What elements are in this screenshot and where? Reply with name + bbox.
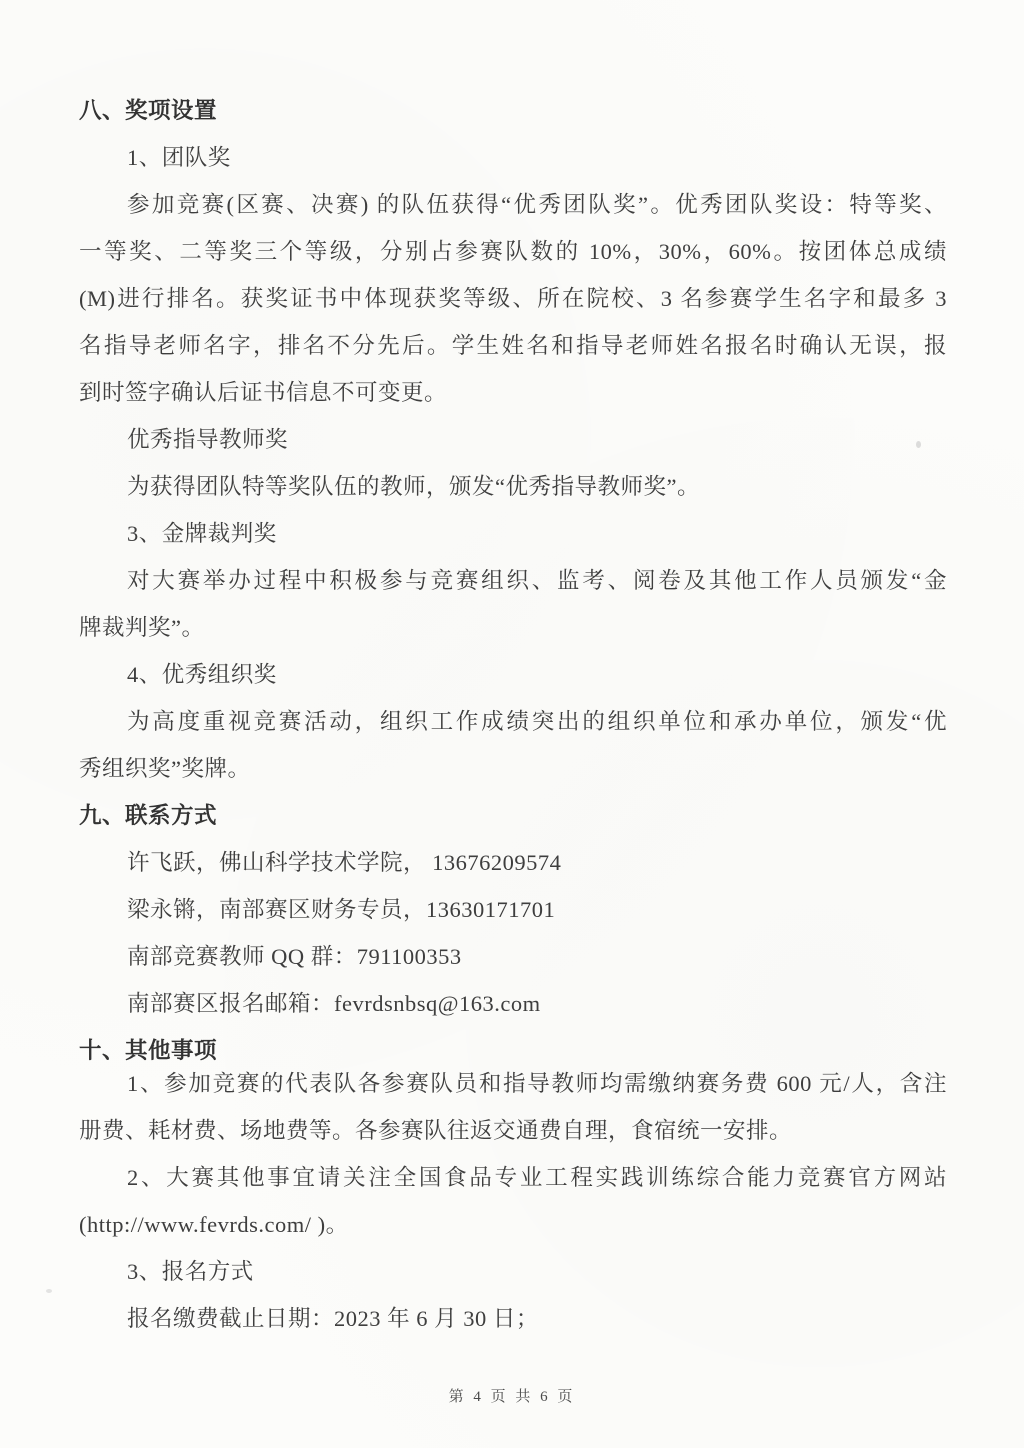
text-line: 4、优秀组织奖 <box>79 651 947 698</box>
document-page: 八、奖项设置1、团队奖参加竞赛(区赛、决赛) 的队伍获得“优秀团队奖”。优秀团队… <box>0 0 1024 1448</box>
section-heading: 九、联系方式 <box>79 792 947 839</box>
text-line: 名指导老师名字，排名不分先后。学生姓名和指导老师姓名报名时确认无误，报 <box>79 322 947 369</box>
scan-speck <box>46 1289 52 1293</box>
text-line: 3、报名方式 <box>79 1248 947 1295</box>
text-line: 参加竞赛(区赛、决赛) 的队伍获得“优秀团队奖”。优秀团队奖设：特等奖、 <box>79 181 947 228</box>
scan-speck <box>916 441 921 448</box>
text-line: 到时签字确认后证书信息不可变更。 <box>79 369 947 416</box>
text-line: 秀组织奖”奖牌。 <box>79 745 947 792</box>
text-line: 为获得团队特等奖队伍的教师，颁发“优秀指导教师奖”。 <box>79 463 947 510</box>
text-line: 为高度重视竞赛活动，组织工作成绩突出的组织单位和承办单位，颁发“优 <box>79 698 947 745</box>
text-line: 2、大赛其他事宜请关注全国食品专业工程实践训练综合能力竞赛官方网站 <box>79 1154 947 1201</box>
text-line: 册费、耗材费、场地费等。各参赛队往返交通费自理，食宿统一安排。 <box>79 1107 947 1154</box>
page-footer: 第 4 页 共 6 页 <box>0 1384 1024 1410</box>
text-line: 3、金牌裁判奖 <box>79 510 947 557</box>
text-line: (http://www.fevrds.com/ )。 <box>79 1201 947 1248</box>
text-line: (M)进行排名。获奖证书中体现获奖等级、所在院校、3 名参赛学生名字和最多 3 <box>79 275 947 322</box>
text-line: 报名缴费截止日期：2023 年 6 月 30 日； <box>79 1295 947 1342</box>
page-number: 第 4 页 共 6 页 <box>449 1389 576 1405</box>
text-line: 优秀指导教师奖 <box>79 416 947 463</box>
text-line: 南部赛区报名邮箱：fevrdsnbsq@163.com <box>79 980 947 1027</box>
document-body: 八、奖项设置1、团队奖参加竞赛(区赛、决赛) 的队伍获得“优秀团队奖”。优秀团队… <box>79 87 947 1342</box>
section-heading: 八、奖项设置 <box>79 87 947 134</box>
text-line: 梁永锵，南部赛区财务专员，13630171701 <box>79 886 947 933</box>
text-line: 1、团队奖 <box>79 134 947 181</box>
text-line: 一等奖、二等奖三个等级，分别占参赛队数的 10%，30%，60%。按团体总成绩 <box>79 228 947 275</box>
text-line: 对大赛举办过程中积极参与竞赛组织、监考、阅卷及其他工作人员颁发“金 <box>79 557 947 604</box>
text-line: 南部竞赛教师 QQ 群：791100353 <box>79 933 947 980</box>
text-line: 牌裁判奖”。 <box>79 604 947 651</box>
text-line: 1、参加竞赛的代表队各参赛队员和指导教师均需缴纳赛务费 600 元/人，含注 <box>79 1060 947 1107</box>
text-line: 许飞跃，佛山科学技术学院， 13676209574 <box>79 839 947 886</box>
